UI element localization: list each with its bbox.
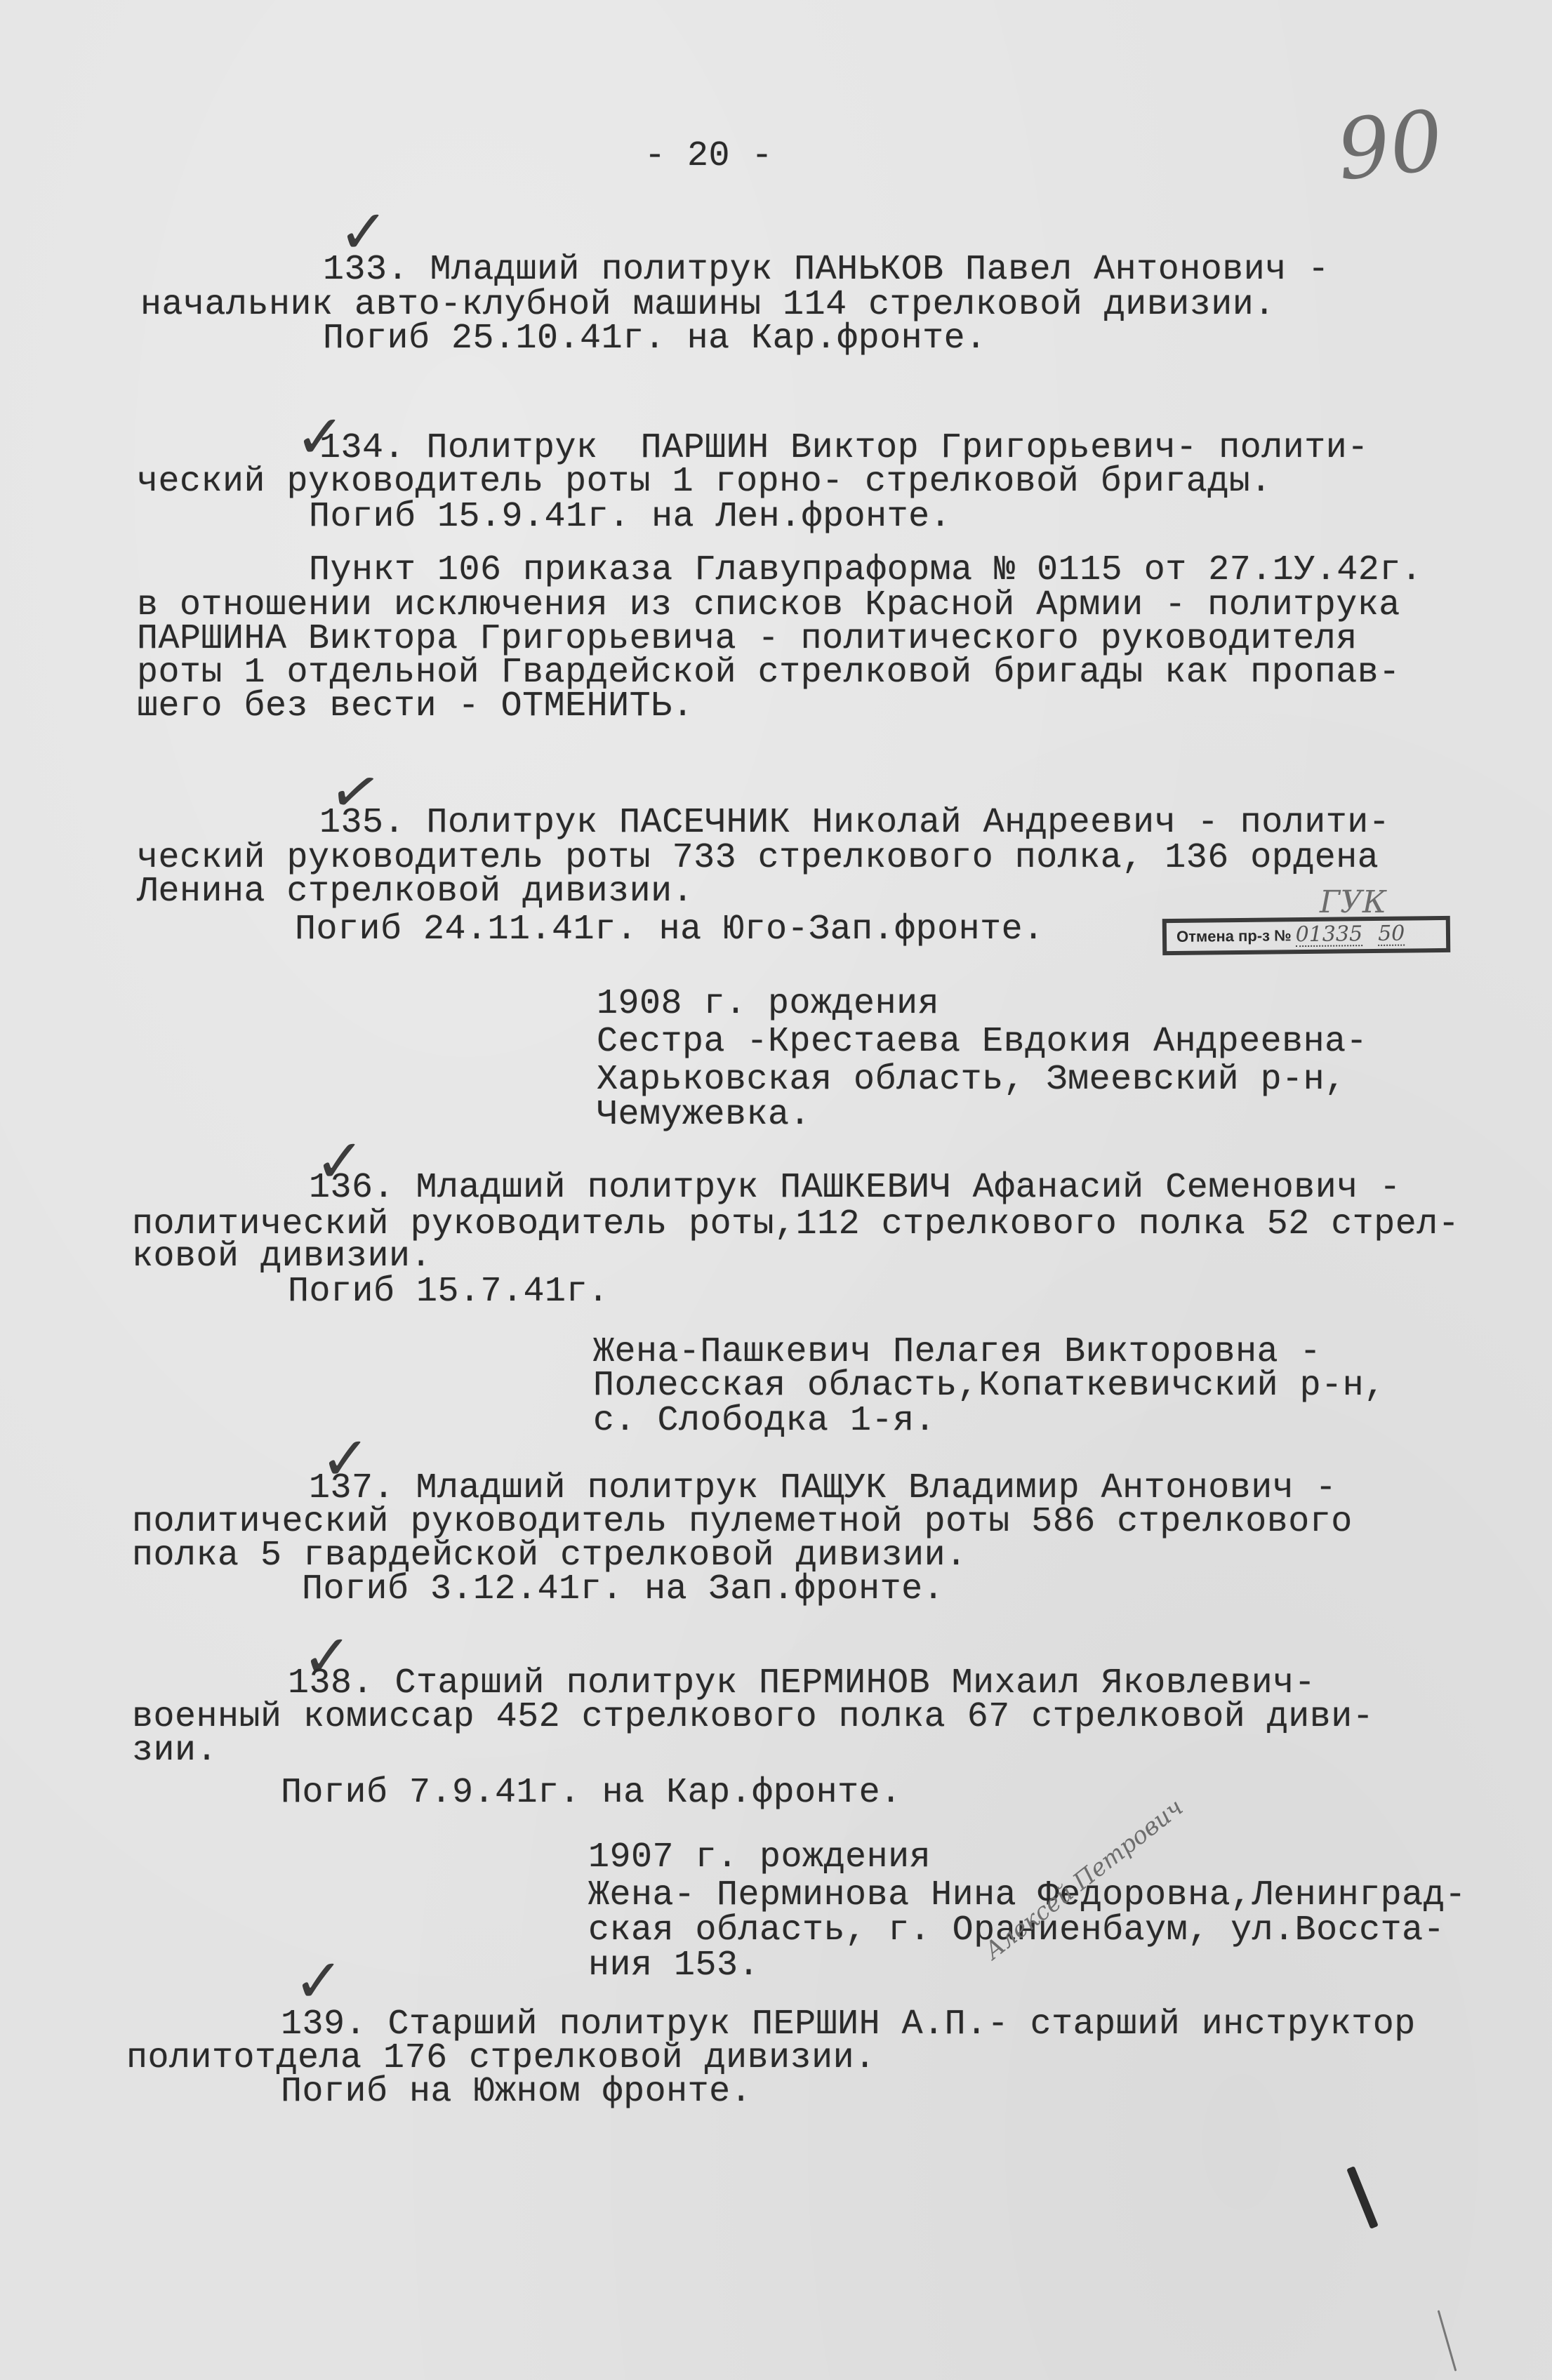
stamp-order-number: 01335	[1296, 924, 1363, 947]
page-number: - 20 -	[644, 138, 773, 175]
entry-133-line-3: Погиб 25.10.41г. на Кар.фронте.	[323, 320, 987, 358]
entry-136-relative-line-2: Полесская область,Копаткевичский р-н,	[593, 1367, 1386, 1405]
entry-134-note-line-5: шего без вести - ОТМЕНИТЬ.	[137, 688, 694, 726]
entry-136-line-1: 136. Младший политрук ПАШКЕВИЧ Афанасий …	[309, 1169, 1401, 1207]
stamp-label: Отмена пр-з №	[1176, 926, 1292, 946]
entry-136-line-4: Погиб 15.7.41г.	[288, 1273, 609, 1311]
check-mark-icon: ✓	[293, 1951, 344, 2012]
entry-134-line-2: ческий руководитель роты 1 горно- стрелк…	[137, 463, 1272, 501]
entry-135-line-3: Ленина стрелковой дивизии.	[137, 873, 694, 911]
entry-137-line-4: Погиб 3.12.41г. на Зап.фронте.	[302, 1571, 944, 1609]
entry-136-line-3: ковой дивизии.	[132, 1238, 432, 1276]
entry-138-line-2: военный комиссар 452 стрелкового полка 6…	[132, 1698, 1374, 1736]
entry-135-relative-line-2: Сестра -Крестаева Евдокия Андреевна-	[597, 1023, 1367, 1061]
entry-133-line-1: 133. Младший политрук ПАНЬКОВ Павел Анто…	[323, 251, 1329, 289]
ink-scratch-mark	[1346, 2166, 1379, 2229]
entry-135-relative-line-4: Чемужевка.	[597, 1096, 811, 1134]
entry-135-relative-line-3: Харьковская область, Змеевский р-н,	[597, 1061, 1346, 1099]
archival-document-page: - 20 - 90 ✓ 133. Младший политрук ПАНЬКО…	[0, 0, 1552, 2380]
entry-138-relative-line-4: ния 153.	[588, 1947, 760, 1985]
entry-134-line-3: Погиб 15.9.41г. на Лен.фронте.	[309, 498, 951, 536]
entry-138-relative-line-1: 1907 г. рождения	[588, 1839, 931, 1877]
handwritten-guk-note: ГУК	[1320, 884, 1386, 920]
entry-138-line-3: зии.	[132, 1732, 218, 1770]
archive-folio-number: 90	[1332, 92, 1447, 199]
stamp-order-year: 50	[1378, 924, 1405, 946]
entry-138-line-4: Погиб 7.9.41г. на Кар.фронте.	[281, 1774, 902, 1812]
entry-135-relative-line-1: 1908 г. рождения	[597, 985, 939, 1023]
entry-139-line-3: Погиб на Южном фронте.	[281, 2073, 752, 2111]
entry-134-note-line-1: Пункт 106 приказа Главупраформа № 0115 о…	[309, 552, 1422, 590]
cancellation-stamp: Отмена пр-з № 01335 50	[1162, 916, 1451, 955]
entry-135-line-4: Погиб 24.11.41г. на Юго-Зап.фронте.	[295, 911, 1044, 949]
entry-136-relative-line-3: с. Слободка 1-я.	[593, 1402, 936, 1440]
ink-scratch-mark	[1438, 2310, 1457, 2371]
entry-135-line-1: 135. Политрук ПАСЕЧНИК Николай Андреевич…	[319, 804, 1390, 842]
